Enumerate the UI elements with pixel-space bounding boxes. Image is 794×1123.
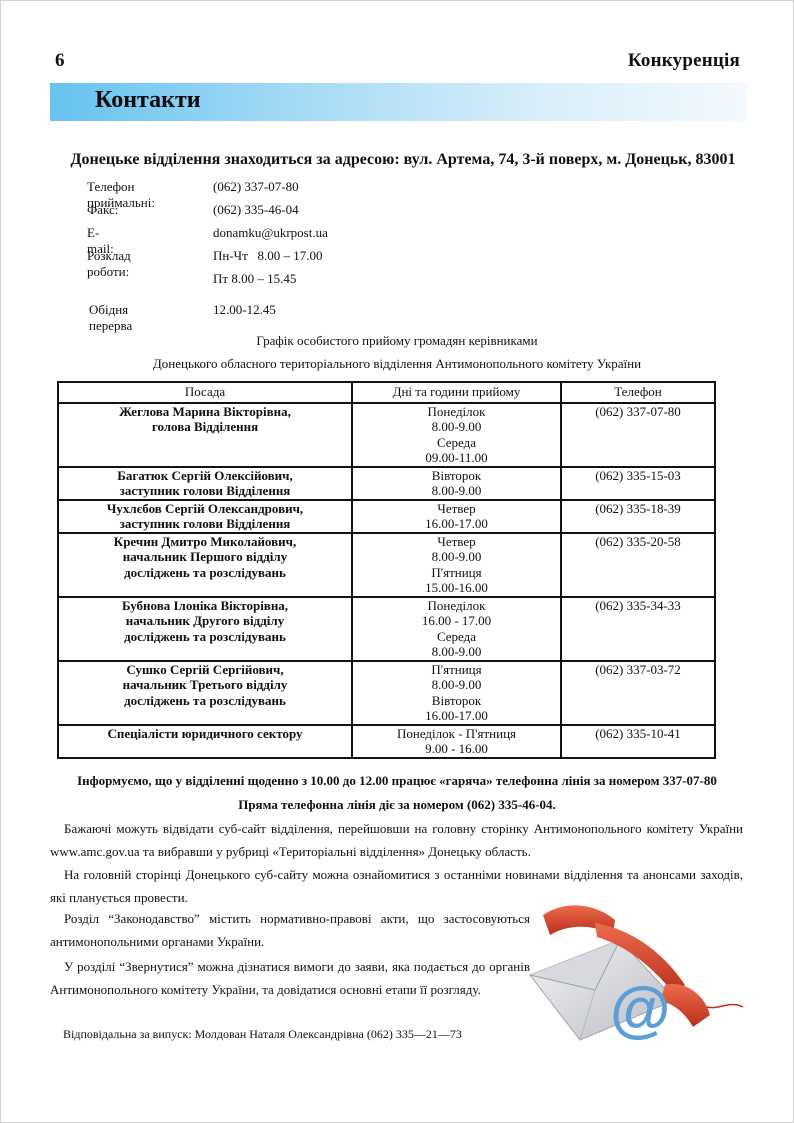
reception-hours-line: Четвер [357, 501, 556, 517]
office-address: Донецьке відділення знаходиться за адрес… [0, 151, 794, 169]
position-cell: Чухлєбов Сергій Олександрович,заступник … [58, 500, 352, 533]
reception-hours-cell: Четвер16.00-17.00 [352, 500, 561, 533]
hotline-notice: Інформуємо, що у відділенні щоденно з 10… [0, 773, 794, 789]
reception-hours-cell: Вівторок8.00-9.00 [352, 467, 561, 500]
reception-hours-line: 9.00 - 16.00 [357, 741, 556, 757]
schedule-table: Посада Дні та години прийому Телефон Жег… [57, 381, 716, 759]
paragraph-subsite: Бажаючі можуть відвідати суб-сайт відділ… [50, 817, 743, 863]
paragraph-legislation: Розділ “Законодавство” містить нормативн… [50, 907, 530, 953]
contact-value: Пт 8.00 – 15.45 [213, 271, 296, 287]
reception-hours-line: Понеділок - П'ятниця [357, 726, 556, 742]
contact-value: (062) 337-07-80 [213, 179, 299, 195]
schedule-caption: Графік особистого прийому громадян керів… [0, 333, 794, 349]
position-line: Багатюк Сергій Олексійович, [63, 468, 347, 484]
contact-value: (062) 335-46-04 [213, 202, 299, 218]
phone-cell: (062) 335-34-33 [561, 597, 715, 661]
position-line: Жеглова Марина Вікторівна, [63, 404, 347, 420]
reception-hours-cell: Понеділок8.00-9.00Середа09.00-11.00 [352, 403, 561, 467]
table-row: Спеціалісти юридичного секторуПонеділок … [58, 725, 715, 758]
reception-hours-line: 8.00-9.00 [357, 419, 556, 435]
column-header: Телефон [561, 382, 715, 403]
reception-hours-line: Четвер [357, 534, 556, 550]
table-row: Бубнова Ілоніка Вікторівна,начальник Дру… [58, 597, 715, 661]
table-header-row: Посада Дні та години прийому Телефон [58, 382, 715, 403]
phone-cell: (062) 335-18-39 [561, 500, 715, 533]
reception-hours-cell: Понеділок16.00 - 17.00Середа8.00-9.00 [352, 597, 561, 661]
table-row: Кречин Дмитро Миколайович,начальник Перш… [58, 533, 715, 597]
column-header: Посада [58, 382, 352, 403]
position-line: Бубнова Ілоніка Вікторівна, [63, 598, 347, 614]
reception-hours-line: 8.00-9.00 [357, 644, 556, 660]
paragraph-text: У розділі “Звернутися” можна дізнатися в… [50, 959, 530, 997]
phone-cell: (062) 335-15-03 [561, 467, 715, 500]
direct-line-notice: Пряма телефонна лінія діє за номером (06… [0, 797, 794, 813]
position-line: заступник голови Відділення [63, 516, 347, 532]
position-line: Сушко Сергій Сергійович, [63, 662, 347, 678]
contact-label: Розклад роботи: [87, 248, 131, 280]
svg-text:@: @ [610, 975, 670, 1044]
position-line: досліджень та розслідувань [63, 629, 347, 645]
table-row: Багатюк Сергій Олексійович,заступник гол… [58, 467, 715, 500]
position-cell: Спеціалісти юридичного сектору [58, 725, 352, 758]
reception-hours-line: 15.00-16.00 [357, 580, 556, 596]
reception-hours-line: Середа [357, 435, 556, 451]
contact-value: 12.00-12.45 [213, 302, 276, 318]
reception-hours-line: 16.00-17.00 [357, 516, 556, 532]
reception-hours-line: 09.00-11.00 [357, 450, 556, 466]
page-number: 6 [55, 50, 65, 72]
reception-hours-line: Вівторок [357, 468, 556, 484]
phone-cell: (062) 335-10-41 [561, 725, 715, 758]
position-cell: Багатюк Сергій Олексійович,заступник гол… [58, 467, 352, 500]
reception-hours-line: 8.00-9.00 [357, 483, 556, 499]
at-sign-icon: @ [610, 975, 670, 1044]
reception-hours-line: Вівторок [357, 693, 556, 709]
phone-cell: (062) 337-03-72 [561, 661, 715, 725]
position-line: голова Відділення [63, 419, 347, 435]
contact-illustration: @ [525, 895, 750, 1045]
paragraph-text: Бажаючі можуть відвідати суб-сайт відділ… [50, 821, 743, 859]
table-row: Сушко Сергій Сергійович,начальник Третьо… [58, 661, 715, 725]
title-banner: Контакти [50, 83, 747, 121]
contact-label: Факс: [87, 202, 118, 218]
position-cell: Сушко Сергій Сергійович,начальник Третьо… [58, 661, 352, 725]
position-cell: Кречин Дмитро Миколайович,начальник Перш… [58, 533, 352, 597]
position-line: Кречин Дмитро Миколайович, [63, 534, 347, 550]
position-line: досліджень та розслідувань [63, 565, 347, 581]
phone-cell: (062) 335-20-58 [561, 533, 715, 597]
paragraph-text: Розділ “Законодавство” містить нормативн… [50, 911, 530, 949]
reception-hours-line: П'ятниця [357, 565, 556, 581]
table-row: Жеглова Марина Вікторівна,голова Відділе… [58, 403, 715, 467]
reception-hours-cell: П'ятниця8.00-9.00Вівторок16.00-17.00 [352, 661, 561, 725]
position-line: начальник Першого відділу [63, 549, 347, 565]
position-line: Спеціалісти юридичного сектору [63, 726, 347, 742]
section-name: Конкуренція [628, 50, 740, 72]
reception-hours-cell: Понеділок - П'ятниця9.00 - 16.00 [352, 725, 561, 758]
position-cell: Бубнова Ілоніка Вікторівна,начальник Дру… [58, 597, 352, 661]
column-header: Дні та години прийому [352, 382, 561, 403]
position-line: начальник Третього відділу [63, 677, 347, 693]
position-line: досліджень та розслідувань [63, 693, 347, 709]
reception-hours-cell: Четвер8.00-9.00П'ятниця15.00-16.00 [352, 533, 561, 597]
paragraph-appeal: У розділі “Звернутися” можна дізнатися в… [50, 955, 530, 1001]
page-title: Контакти [95, 87, 201, 114]
reception-hours-line: Середа [357, 629, 556, 645]
phone-cell: (062) 337-07-80 [561, 403, 715, 467]
reception-hours-line: Понеділок [357, 404, 556, 420]
reception-hours-line: П'ятниця [357, 662, 556, 678]
position-cell: Жеглова Марина Вікторівна,голова Відділе… [58, 403, 352, 467]
position-line: заступник голови Відділення [63, 483, 347, 499]
contact-value: Пн-Чт 8.00 – 17.00 [213, 248, 323, 264]
position-line: Чухлєбов Сергій Олександрович, [63, 501, 347, 517]
contact-label: Обідня перерва [89, 302, 132, 334]
schedule-caption-2: Донецького обласного територіального від… [0, 356, 794, 372]
position-line: начальник Другого відділу [63, 613, 347, 629]
reception-hours-line: Понеділок [357, 598, 556, 614]
reception-hours-line: 8.00-9.00 [357, 677, 556, 693]
reception-hours-line: 16.00 - 17.00 [357, 613, 556, 629]
reception-hours-line: 16.00-17.00 [357, 708, 556, 724]
email-link[interactable]: donamku@ukrpost.ua [213, 225, 328, 241]
reception-hours-line: 8.00-9.00 [357, 549, 556, 565]
table-row: Чухлєбов Сергій Олександрович,заступник … [58, 500, 715, 533]
footer-responsible: Відповідальна за випуск: Молдован Наталя… [63, 1027, 462, 1042]
